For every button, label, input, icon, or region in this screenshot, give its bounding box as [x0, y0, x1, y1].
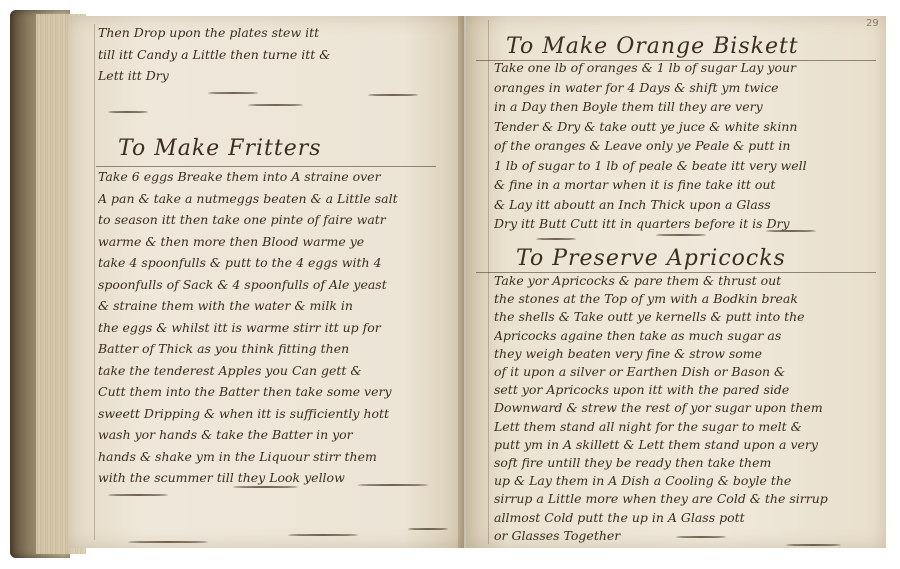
text-line: to season itt then take one pinte of fai…	[98, 209, 458, 231]
flourish-ornament	[656, 234, 707, 236]
flourish-ornament	[408, 528, 449, 530]
text-line: of the oranges & Leave only ye Peale & p…	[494, 136, 879, 156]
text-line: Take 6 eggs Breake them into A straine o…	[98, 166, 458, 188]
text-line: in a Day then Boyle them till they are v…	[494, 97, 879, 117]
text-line: Tender & Dry & take outt ye juce & white…	[494, 117, 879, 137]
text-line: sett yor Apricocks upon itt with the par…	[494, 381, 879, 399]
text-line: warme & then more then Blood warme ye	[98, 231, 458, 253]
text-line: allmost Cold putt the up in A Glass pott	[494, 509, 879, 527]
flourish-ornament	[288, 534, 359, 536]
orange-biskett-recipe-body: Take one lb of oranges & 1 lb of sugar L…	[494, 58, 879, 234]
flourish-ornament	[368, 94, 419, 96]
left-page: Then Drop upon the plates stew itt till …	[68, 16, 464, 548]
flourish-ornament	[786, 544, 842, 546]
text-line: Apricocks againe then take as much sugar…	[494, 327, 879, 345]
text-line: & straine them with the water & milk in	[98, 295, 458, 317]
text-line: hands & shake ym in the Liquour stirr th…	[98, 446, 458, 468]
apricocks-recipe-body: Take yor Apricocks & pare them & thrust …	[494, 272, 879, 545]
flourish-ornament	[358, 484, 429, 486]
text-line: Dry itt Butt Cutt itt in quarters before…	[494, 214, 879, 234]
text-line: Downward & strew the rest of yor sugar u…	[494, 399, 879, 417]
flourish-ornament	[676, 536, 727, 538]
text-line: soft fire untill they be ready then take…	[494, 454, 879, 472]
text-line: Cutt them into the Batter then take some…	[98, 381, 458, 403]
text-line: sweett Dripping & when itt is sufficient…	[98, 403, 458, 425]
recipe-title-preserve-apricocks: To Preserve Apricocks	[516, 246, 786, 271]
continuation-text: Then Drop upon the plates stew itt till …	[98, 22, 330, 87]
flourish-ornament	[233, 486, 299, 488]
flourish-ornament	[208, 92, 259, 94]
page-number: 29	[866, 18, 879, 29]
text-line: spoonfulls of Sack & 4 spoonfulls of Ale…	[98, 274, 458, 296]
recipe-title-orange-biskett: To Make Orange Biskett	[506, 34, 799, 59]
text-line: & Lay itt aboutt an Inch Thick upon a Gl…	[494, 195, 879, 215]
text-line: Batter of Thick as you think fitting the…	[98, 338, 458, 360]
flourish-ornament	[108, 494, 169, 496]
flourish-ornament	[128, 541, 209, 543]
right-page: 29 To Make Orange Biskett Take one lb of…	[466, 16, 886, 548]
flourish-ornament	[536, 238, 577, 240]
text-line: Take yor Apricocks & pare them & thrust …	[494, 272, 879, 290]
text-line: Lett itt Dry	[98, 65, 330, 87]
text-line: Lett them stand all night for the sugar …	[494, 418, 879, 436]
text-line: 1 lb of sugar to 1 lb of peale & beate i…	[494, 156, 879, 176]
flourish-ornament	[248, 104, 304, 106]
recipe-title-fritters: To Make Fritters	[118, 136, 322, 161]
text-line: oranges in water for 4 Days & shift ym t…	[494, 78, 879, 98]
text-line: till itt Candy a Little then turne itt &	[98, 44, 330, 66]
left-margin-rule	[94, 24, 95, 540]
right-margin-rule	[488, 20, 489, 544]
text-line: sirrup a Little more when they are Cold …	[494, 490, 879, 508]
text-line: take 4 spoonfulls & putt to the 4 eggs w…	[98, 252, 458, 274]
text-line: the eggs & whilst itt is warme stirr itt…	[98, 317, 458, 339]
flourish-ornament	[108, 111, 149, 113]
text-line: wash yor hands & take the Batter in yor	[98, 424, 458, 446]
text-line: take the tenderest Apples you Can gett &	[98, 360, 458, 382]
flourish-ornament	[766, 230, 817, 232]
text-line: the stones at the Top of ym with a Bodki…	[494, 290, 879, 308]
text-line: putt ym in A skillett & Lett them stand …	[494, 436, 879, 454]
text-line: they weigh beaten very fine & strow some	[494, 345, 879, 363]
text-line: A pan & take a nutmeggs beaten & a Littl…	[98, 188, 458, 210]
text-line: of it upon a silver or Earthen Dish or B…	[494, 363, 879, 381]
text-line: the shells & Take outt ye kernells & put…	[494, 308, 879, 326]
text-line: Then Drop upon the plates stew itt	[98, 22, 330, 44]
open-manuscript-book: Then Drop upon the plates stew itt till …	[6, 4, 896, 564]
text-line: up & Lay them in A Dish a Cooling & boyl…	[494, 472, 879, 490]
text-line: & fine in a mortar when it is fine take …	[494, 175, 879, 195]
fritters-recipe-body: Take 6 eggs Breake them into A straine o…	[98, 166, 458, 489]
text-line: Take one lb of oranges & 1 lb of sugar L…	[494, 58, 879, 78]
